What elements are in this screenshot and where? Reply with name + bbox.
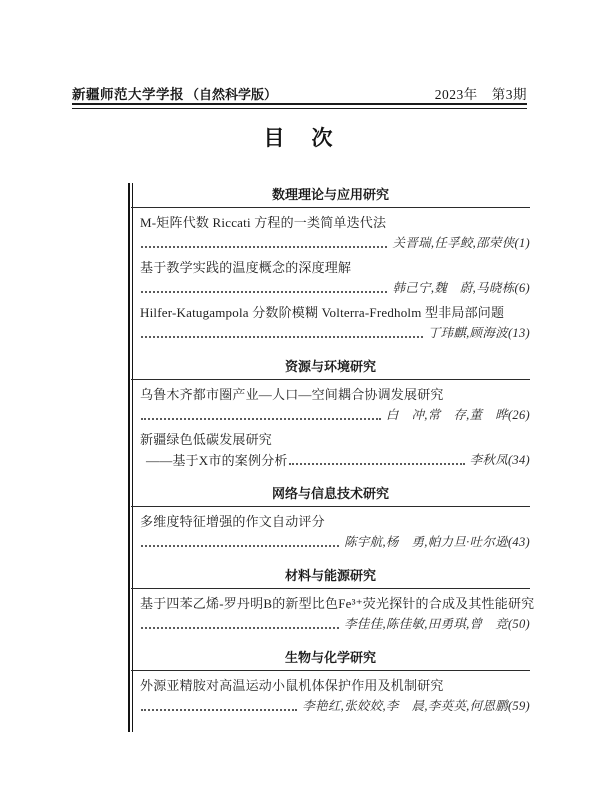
journal-name: 新疆师范大学学报 [72,87,184,102]
toc-body: 数理理论与应用研究 M-矩阵代数 Riccati 方程的一类简单迭代法 关晋瑞,… [131,183,530,716]
toc-entry: 乌鲁木齐都市圈产业—人口—空间耦合协调发展研究 白 冲,常 存,董 晔(26) [131,385,530,425]
toc-entry: Hilfer-Katugampola 分数阶模糊 Volterra-Fredho… [131,303,530,343]
issue-label: 2023年 第3期 [435,83,527,103]
entry-page-number: (1) [515,236,530,250]
entry-title: Hilfer-Katugampola 分数阶模糊 Volterra-Fredho… [131,303,530,322]
entry-title: 多维度特征增强的作文自动评分 [131,512,530,531]
toc-entry: 基于教学实践的温度概念的深度理解 韩己宁,魏 蔚,马晓栋(6) [131,258,530,298]
page-header: 新疆师范大学学报（自然科学版） 2023年 第3期 [72,83,527,104]
entry-page-number: (59) [508,699,530,713]
entry-authors: 白 冲,常 存,董 晔(26) [386,406,530,425]
header-double-rule [72,103,527,109]
entry-authors: 李佳佳,陈佳敏,田勇琪,曾 竞(50) [344,615,530,634]
authors-text: 关晋瑞,任孚鲛,邵荣侠 [392,236,514,250]
authors-text: 李秋凤 [470,453,508,467]
dot-leader [141,291,387,293]
dot-leader [141,336,423,338]
section-biology-chemistry: 生物与化学研究 外源亚精胺对高温运动小鼠机体保护作用及机制研究 李艳红,张姣姣,… [131,646,530,716]
journal-name-block: 新疆师范大学学报（自然科学版） [72,83,277,104]
leader-line: ——基于X市的案例分析 李秋凤(34) [131,451,530,470]
section-heading: 材料与能源研究 [131,564,530,589]
dot-leader [141,418,381,420]
entry-authors: 陈宇航,杨 勇,帕力旦·吐尔逊(43) [344,533,530,552]
leader-line: 丁玮麒,顾海波(13) [131,324,530,343]
section-heading: 网络与信息技术研究 [131,482,530,507]
entry-title: 新疆绿色低碳发展研究 [131,430,530,449]
section-heading: 资源与环境研究 [131,355,530,380]
entry-subtitle: ——基于X市的案例分析 [140,451,288,470]
entry-authors: 李艳红,张姣姣,李 晨,李英英,何恩鹏(59) [302,697,530,716]
leader-line: 韩己宁,魏 蔚,马晓栋(6) [131,279,530,298]
entry-page-number: (13) [508,326,530,340]
toc-entry: M-矩阵代数 Riccati 方程的一类简单迭代法 关晋瑞,任孚鲛,邵荣侠(1) [131,213,530,253]
section-network-it: 网络与信息技术研究 多维度特征增强的作文自动评分 陈宇航,杨 勇,帕力旦·吐尔逊… [131,482,530,552]
entry-page-number: (6) [515,281,530,295]
entry-title: 基于四苯乙烯-罗丹明B的新型比色Fe³⁺荧光探针的合成及其性能研究 [131,594,530,613]
leader-line: 关晋瑞,任孚鲛,邵荣侠(1) [131,234,530,253]
authors-text: 李艳红,张姣姣,李 晨,李英英,何恩鹏 [302,699,508,713]
entry-title: 乌鲁木齐都市圈产业—人口—空间耦合协调发展研究 [131,385,530,404]
section-math-theory: 数理理论与应用研究 M-矩阵代数 Riccati 方程的一类简单迭代法 关晋瑞,… [131,183,530,343]
toc-entry: 基于四苯乙烯-罗丹明B的新型比色Fe³⁺荧光探针的合成及其性能研究 李佳佳,陈佳… [131,594,530,634]
dot-leader [141,627,339,629]
section-resources-environment: 资源与环境研究 乌鲁木齐都市圈产业—人口—空间耦合协调发展研究 白 冲,常 存,… [131,355,530,470]
dot-leader [141,545,339,547]
toc-entry: 外源亚精胺对高温运动小鼠机体保护作用及机制研究 李艳红,张姣姣,李 晨,李英英,… [131,676,530,716]
entry-page-number: (26) [508,408,530,422]
edition-label: （自然科学版） [186,87,277,102]
entry-title: 基于教学实践的温度概念的深度理解 [131,258,530,277]
section-heading: 生物与化学研究 [131,646,530,671]
journal-toc-page: 新疆师范大学学报（自然科学版） 2023年 第3期 目 次 数理理论与应用研究 … [0,0,599,802]
dot-leader [141,246,387,248]
entry-authors: 韩己宁,魏 蔚,马晓栋(6) [392,279,530,298]
toc-entry: 多维度特征增强的作文自动评分 陈宇航,杨 勇,帕力旦·吐尔逊(43) [131,512,530,552]
entry-title: M-矩阵代数 Riccati 方程的一类简单迭代法 [131,213,530,232]
entry-title: 外源亚精胺对高温运动小鼠机体保护作用及机制研究 [131,676,530,695]
leader-line: 李佳佳,陈佳敏,田勇琪,曾 竞(50) [131,615,530,634]
entry-authors: 关晋瑞,任孚鲛,邵荣侠(1) [392,234,530,253]
authors-text: 丁玮麒,顾海波 [428,326,508,340]
leader-line: 白 冲,常 存,董 晔(26) [131,406,530,425]
section-heading: 数理理论与应用研究 [131,183,530,208]
authors-text: 李佳佳,陈佳敏,田勇琪,曾 竞 [344,617,508,631]
toc-title: 目 次 [0,122,599,152]
entry-authors: 丁玮麒,顾海波(13) [428,324,530,343]
leader-line: 李艳红,张姣姣,李 晨,李英英,何恩鹏(59) [131,697,530,716]
entry-page-number: (43) [508,535,530,549]
entry-authors: 李秋凤(34) [470,451,530,470]
authors-text: 韩己宁,魏 蔚,马晓栋 [392,281,514,295]
dot-leader [141,709,297,711]
leader-line: 陈宇航,杨 勇,帕力旦·吐尔逊(43) [131,533,530,552]
entry-page-number: (50) [508,617,530,631]
authors-text: 陈宇航,杨 勇,帕力旦·吐尔逊 [344,535,508,549]
authors-text: 白 冲,常 存,董 晔 [386,408,508,422]
dot-leader [289,463,465,465]
section-materials-energy: 材料与能源研究 基于四苯乙烯-罗丹明B的新型比色Fe³⁺荧光探针的合成及其性能研… [131,564,530,634]
toc-entry: 新疆绿色低碳发展研究 ——基于X市的案例分析 李秋凤(34) [131,430,530,470]
entry-page-number: (34) [508,453,530,467]
